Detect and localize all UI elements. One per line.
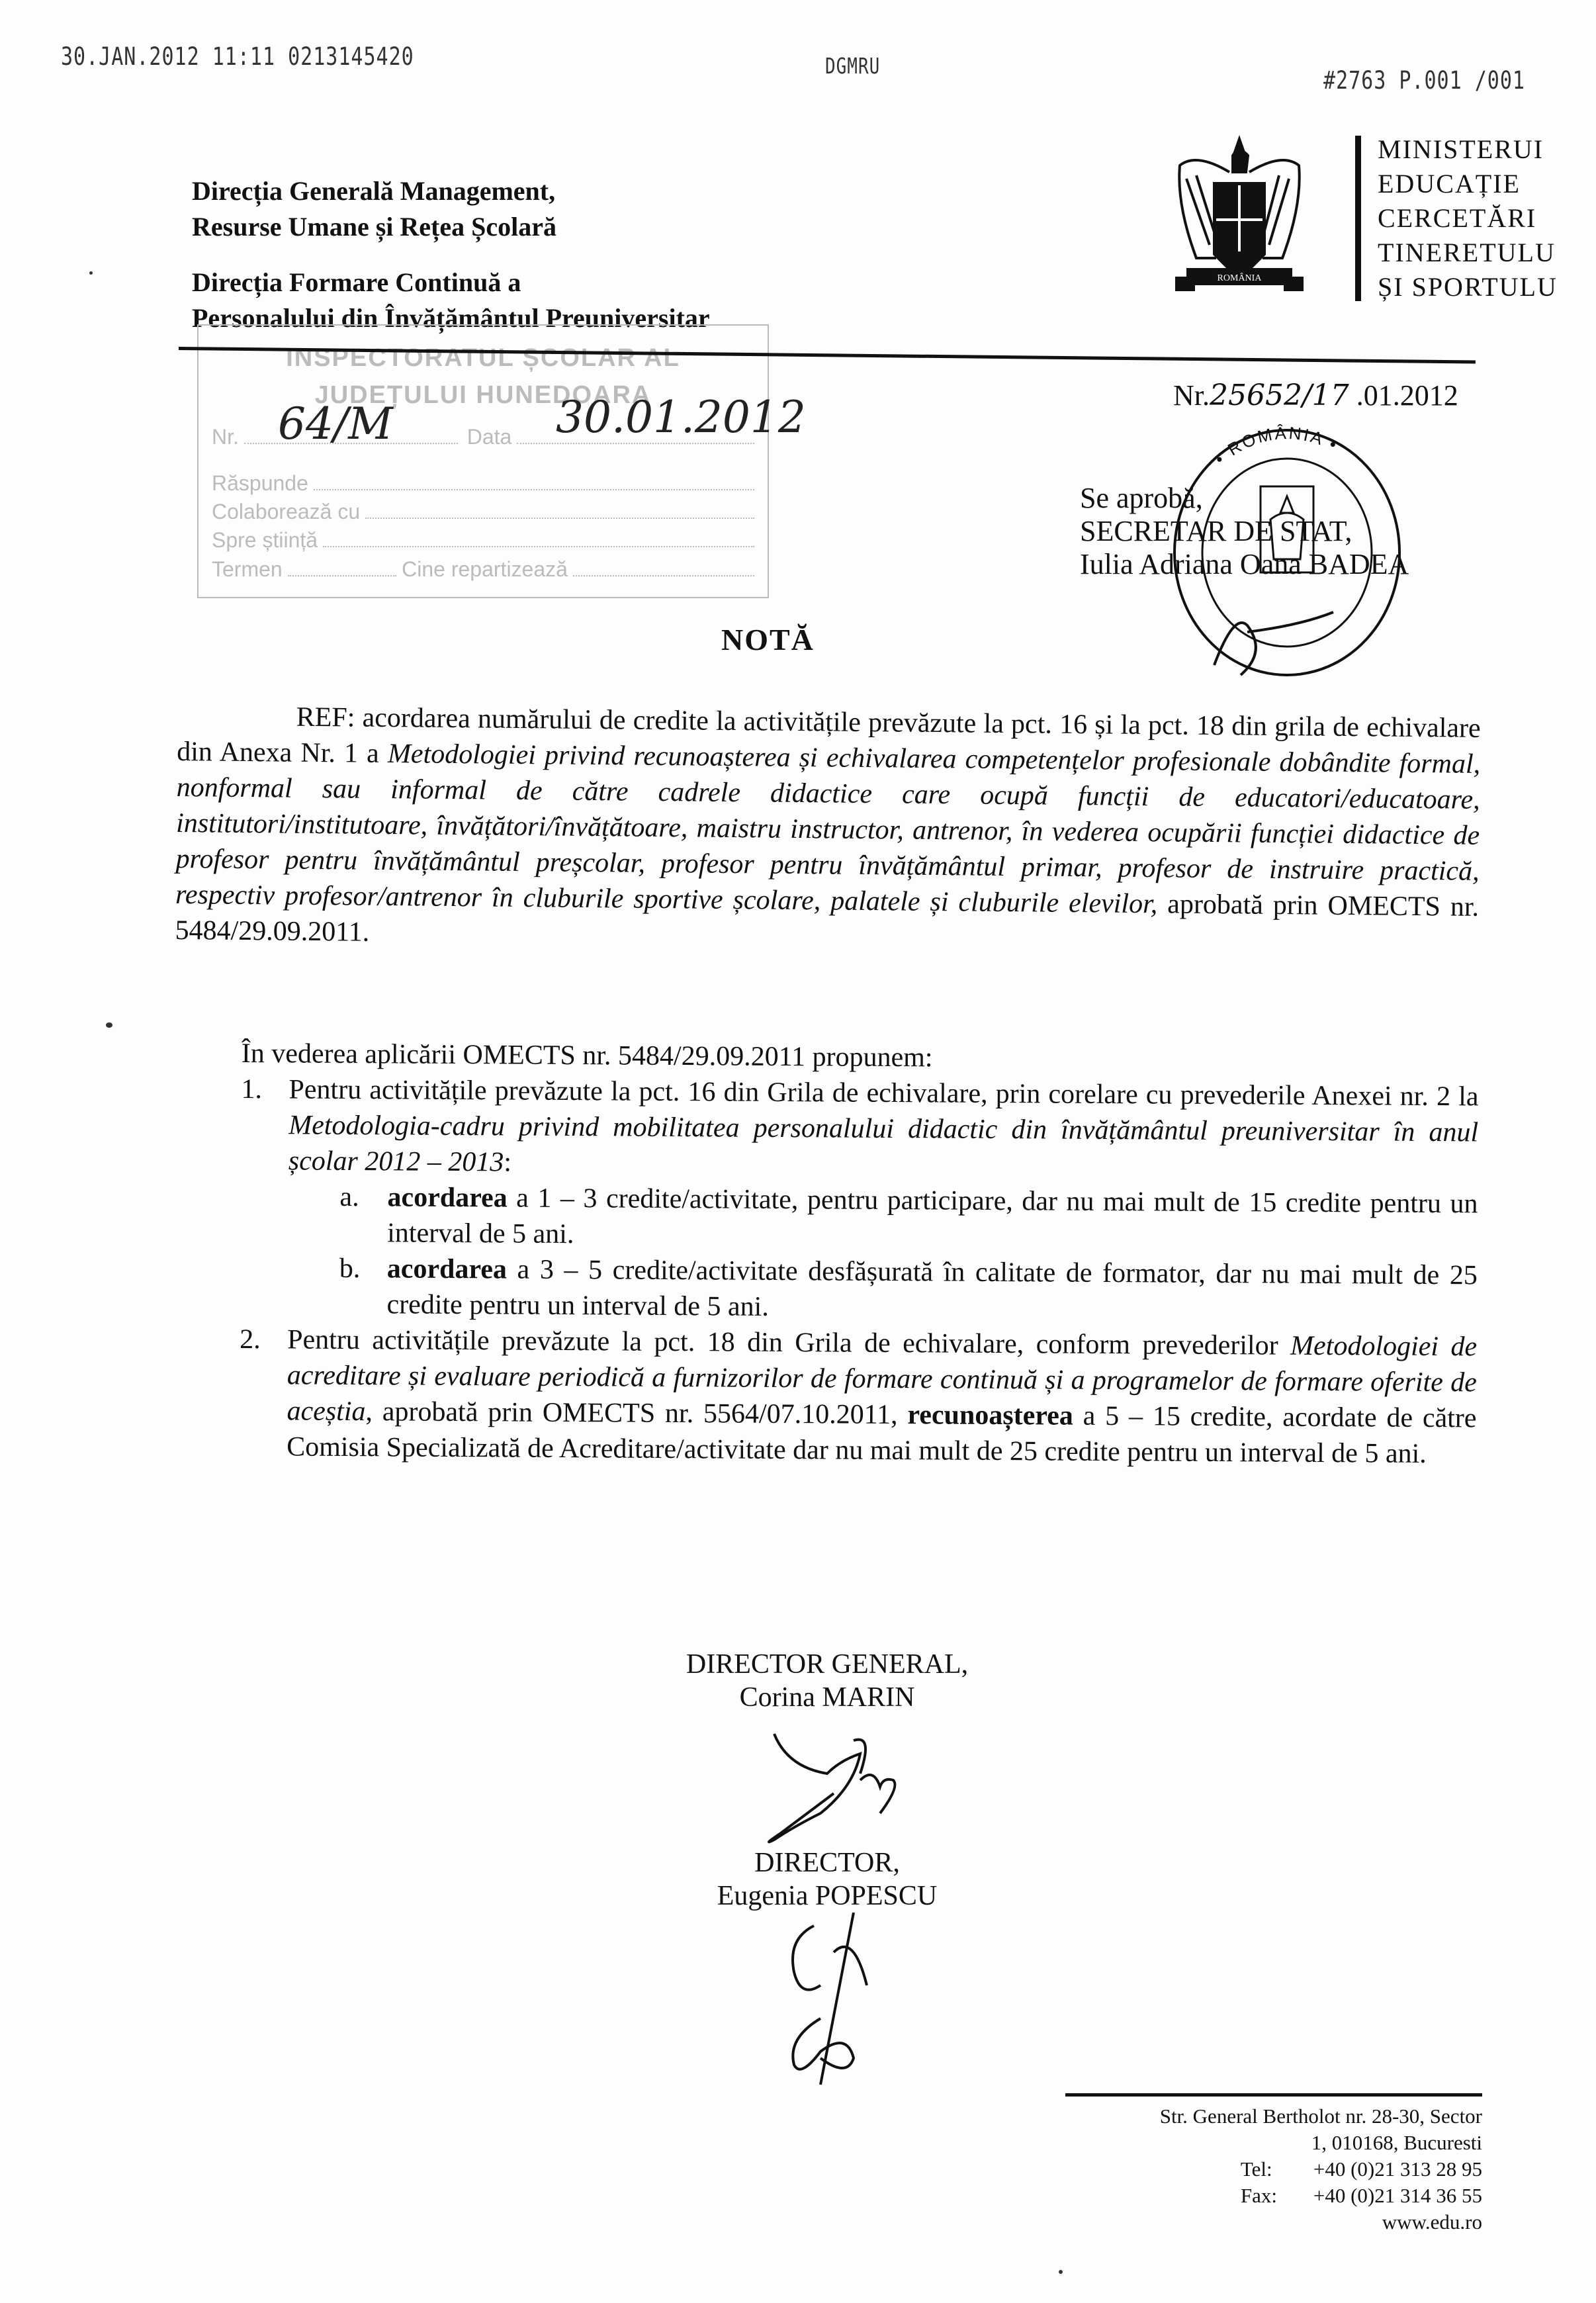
fax-header-center: DGMRU [825,54,880,79]
ministry-bar [1355,136,1361,301]
svg-text:• ROMÂNIA •: • ROMÂNIA • [1210,423,1342,469]
document-title: NOTĂ [721,622,815,657]
registration-stamp: INSPECTORATUL ȘCOLAR AL JUDEȚULUI HUNEDO… [197,324,769,598]
approval-line: Se aprobă, [1080,482,1409,515]
stamp-nr-value: 64/M [278,398,393,449]
contact-footer: Str. General Bertholot nr. 28-30, Sector… [1059,2103,1482,2235]
address-line: Str. General Bertholot nr. 28-30, Sector [1059,2103,1482,2130]
registration-number: Nr.25652/17 .01.2012 [1173,379,1458,412]
department-line: Direcția Generală Management, [192,173,710,209]
approval-name: Iulia Adriana Oana BADEA [1080,548,1409,581]
proposal-item: 2. Pentru activitățile prevăzute la pct.… [239,1322,1477,1472]
stamp-date-label: Data [467,425,512,449]
signatory-name: Eugenia POPESCU [622,1879,1032,1913]
proposal-item: 1. Pentru activitățile prevăzute la pct.… [241,1071,1479,1186]
scan-speck [1059,2270,1063,2274]
svg-text:ROMÂNIA: ROMÂNIA [1218,272,1263,283]
department-line: Direcția Formare Continuă a [192,265,710,300]
website-link[interactable]: www.edu.ro [1059,2209,1482,2235]
approval-role: SECRETAR DE STAT, [1080,515,1409,548]
proposal-section: În vederea aplicării OMECTS nr. 5484/29.… [239,1036,1479,1472]
ref-paragraph: REF: acordarea numărului de credite la a… [175,698,1481,961]
fax-header-left: 30.JAN.2012 11:11 0213145420 [61,42,414,71]
phone: Tel:+40 (0)21 313 28 95 [1059,2156,1482,2183]
registration-number-handwritten: 25652/17 [1210,379,1349,412]
department-heading: Direcția Generală Management, Resurse Um… [192,173,710,336]
signatory-role: DIRECTOR GENERAL, [622,1648,1032,1681]
footer-divider [1065,2093,1482,2097]
proposal-subitem: a. acordarea a 1 – 3 credite/activitate,… [339,1179,1478,1258]
approval-block: Se aprobă, SECRETAR DE STAT, Iulia Adria… [1080,482,1409,581]
fax: Fax:+40 (0)21 314 36 55 [1059,2183,1482,2209]
stamp-nr-label: Nr. [212,425,239,449]
fax-header-right: #2763 P.001 /001 [1323,66,1525,95]
ministry-name: MINISTERUI EDUCAȚIE CERCETĂRI TINERETULU… [1378,132,1558,304]
signature-icon [622,1913,1032,2098]
scan-speck [89,271,93,275]
department-line: Resurse Umane și Rețea Școlară [192,209,710,245]
stamp-date-value: 30.01.2012 [556,392,806,443]
signature-icon [622,1714,1032,1846]
signatory-role: DIRECTOR, [622,1846,1032,1879]
romanian-coat-of-arms-icon: ROMÂNIA [1170,126,1309,304]
proposal-subitem: b. acordarea a 3 – 5 credite/activitate … [339,1251,1478,1330]
signature-block: DIRECTOR GENERAL, Corina MARIN DIRECTOR,… [622,1648,1032,2098]
scan-speck [106,1022,112,1028]
signatory-name: Corina MARIN [622,1681,1032,1714]
address-line: 1, 010168, Bucuresti [1059,2130,1482,2156]
